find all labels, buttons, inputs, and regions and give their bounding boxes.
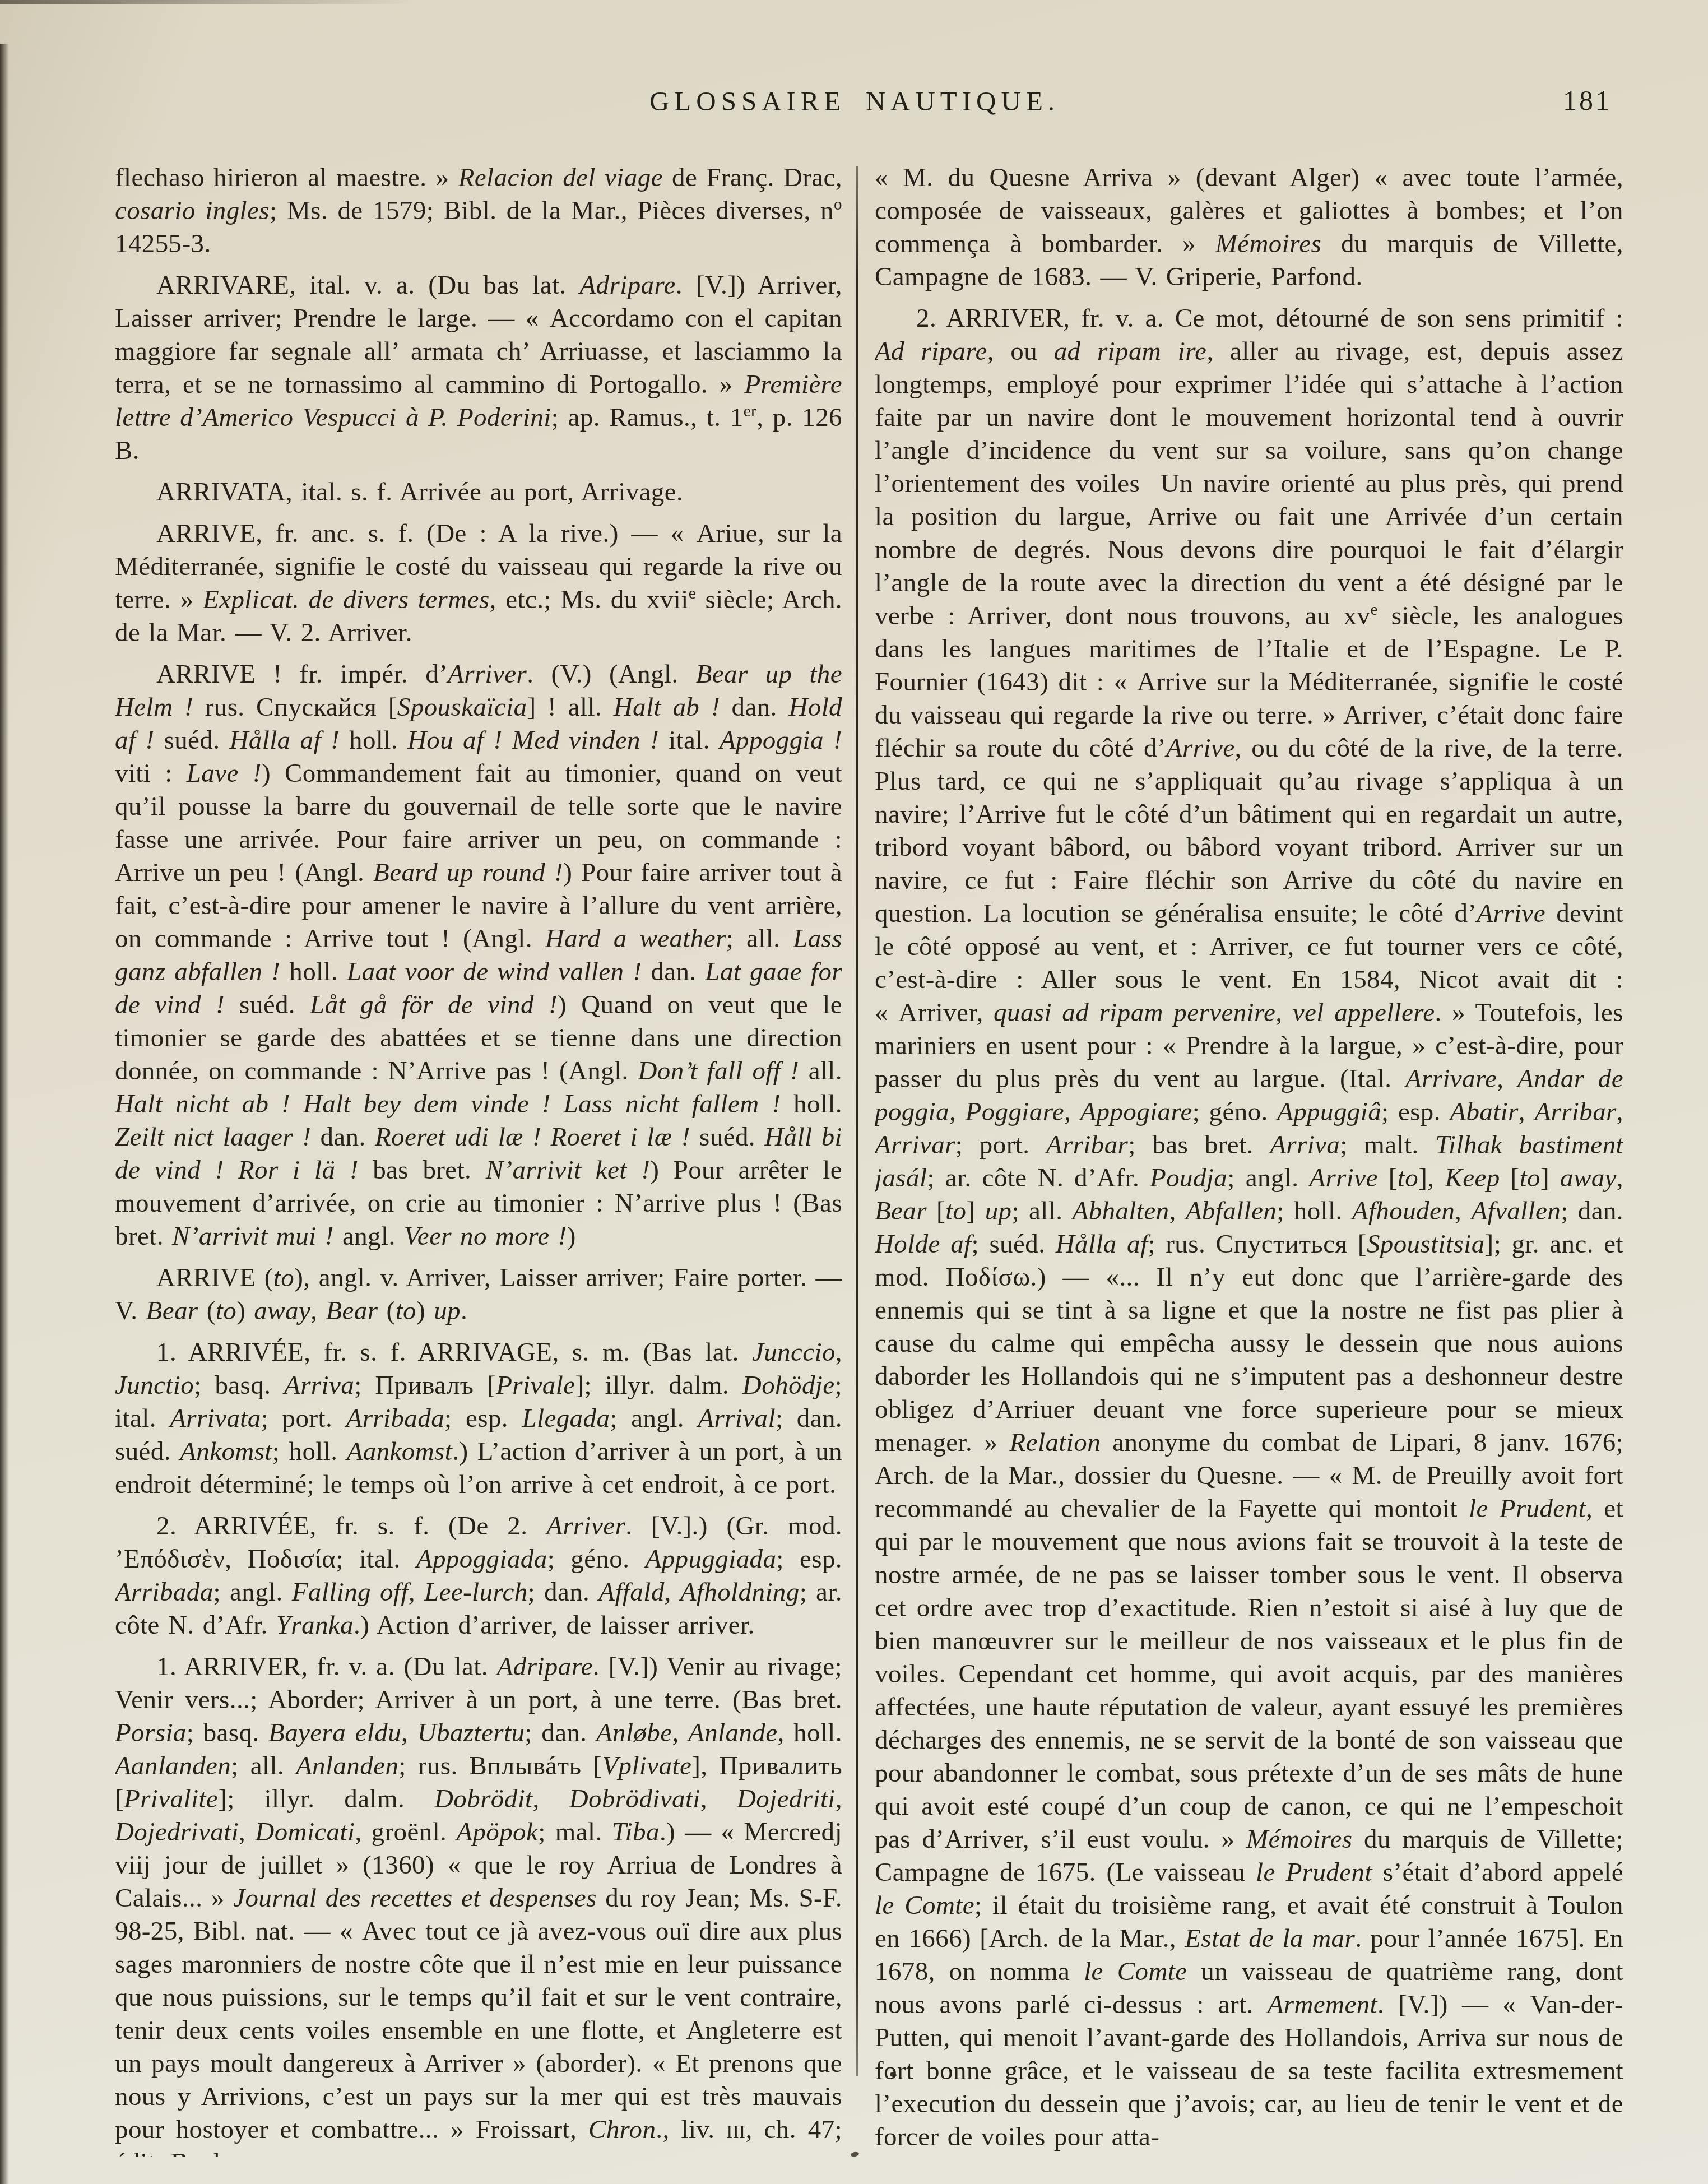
running-head: GLOSSAIRE NAUTIQUE. [115, 85, 1594, 117]
dictionary-paragraph: flechaso hirieron al maestre. » Relacion… [115, 161, 842, 261]
dictionary-paragraph: ARRIVE (to), angl. v. Arriver, Laisser a… [115, 1262, 842, 1328]
page-number: 181 [1563, 84, 1612, 117]
dictionary-paragraph: ARRIVARE, ital. v. a. (Du bas lat. Adrip… [115, 269, 842, 467]
text-block: flechaso hirieron al maestre. » Relacion… [115, 161, 1623, 2157]
page-title: GLOSSAIRE NAUTIQUE. [649, 86, 1060, 117]
dictionary-paragraph: ARRIVATA, ital. s. f. Arrivée au port, A… [115, 476, 842, 509]
dictionary-paragraph: ARRIVE ! fr. impér. d’Arriver. (V.) (Ang… [115, 658, 842, 1253]
dictionary-paragraph: 2. ARRIVÉE, fr. s. f. (De 2. Arriver. [V… [115, 1510, 842, 1642]
left-column: flechaso hirieron al maestre. » Relacion… [115, 161, 842, 2157]
scan-left-edge-shadow [0, 44, 9, 2184]
dictionary-paragraph: 2. ARRIVER, fr. v. a. Ce mot, détourné d… [875, 302, 1623, 2154]
scan-top-edge-shadow [0, 0, 415, 4]
dictionary-paragraph: « M. du Quesne Arriva » (devant Alger) «… [875, 161, 1623, 294]
dictionary-paragraph: 1. ARRIVER, fr. v. a. (Du lat. Adripare.… [115, 1650, 842, 2157]
right-column: « M. du Quesne Arriva » (devant Alger) «… [875, 161, 1623, 2157]
dictionary-paragraph: 1. ARRIVÉE, fr. s. f. ARRIVAGE, s. m. (B… [115, 1336, 842, 1501]
dictionary-paragraph: ARRIVE, fr. anc. s. f. (De : A la rive.)… [115, 517, 842, 650]
